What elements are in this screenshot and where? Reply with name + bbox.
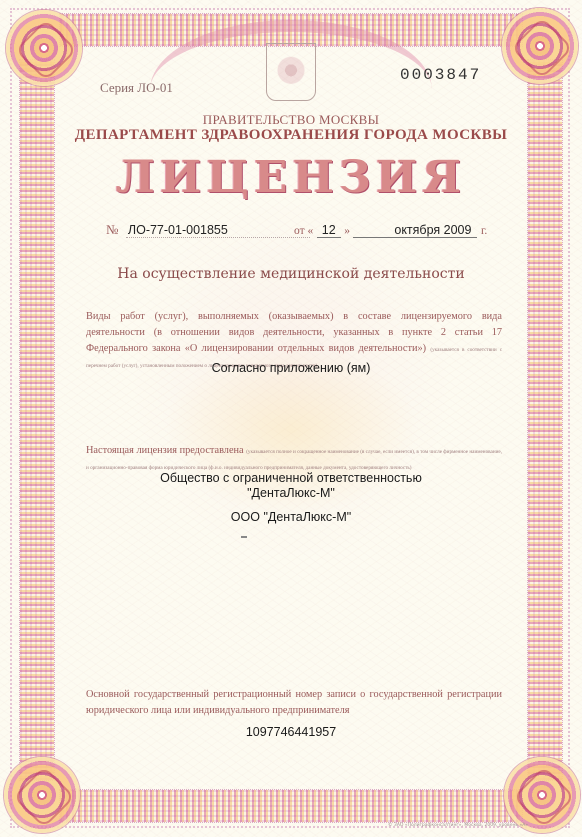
date-from-label: от « [294,225,313,237]
rosette-icon [504,757,580,833]
granted-label-text: Настоящая лицензия предоставлена [86,445,244,456]
company-full-name-line2: "ДентаЛюкс-М" [0,486,582,501]
serial-number: 0003847 [400,66,481,84]
issuer-government: ПРАВИТЕЛЬСТВО МОСКВЫ [0,112,582,128]
rosette-icon [502,8,578,84]
rosette-icon [4,757,80,833]
ogrn-label: Основной государственный регистрационный… [86,687,502,719]
license-document: Серия ЛО-01 0003847 ПРАВИТЕЛЬСТВО МОСКВЫ… [0,0,582,837]
works-value: Согласно приложению (ям) [0,361,582,375]
coat-of-arms-icon [266,43,316,101]
document-title: ЛИЦЕНЗИЯ [0,152,582,203]
date-month-year: октября 2009 [353,223,477,238]
date-year-suffix: г. [481,225,487,237]
printer-imprint: © ЗАО «Полиграфконсалтинг», Москва, 2009… [388,823,528,828]
series-label: Серия ЛО-01 [100,80,173,96]
license-purpose: На осуществление медицинской деятельност… [0,266,582,282]
company-full-name: Общество с ограниченной ответственностью… [0,471,582,501]
license-number-row: № ЛО-77-01-001855 [106,222,310,238]
rosette-icon [6,10,82,86]
company-full-name-line1: Общество с ограниченной ответственностью [0,471,582,486]
pen-mark [241,536,247,538]
double-headed-eagle-icon [277,55,305,89]
border-bottom [60,790,522,822]
license-number: ЛО-77-01-001855 [126,223,310,238]
date-day: 12 [317,223,341,238]
number-label: № [106,222,118,237]
date-day-close: » [344,225,350,237]
license-date-row: от « 12 » октября 2009 г. [294,223,487,238]
ogrn-value: 1097746441957 [0,725,582,739]
issuer-department: ДЕПАРТАМЕНТ ЗДРАВООХРАНЕНИЯ ГОРОДА МОСКВ… [0,127,582,144]
company-short-name: ООО "ДентаЛюкс-М" [0,510,582,524]
